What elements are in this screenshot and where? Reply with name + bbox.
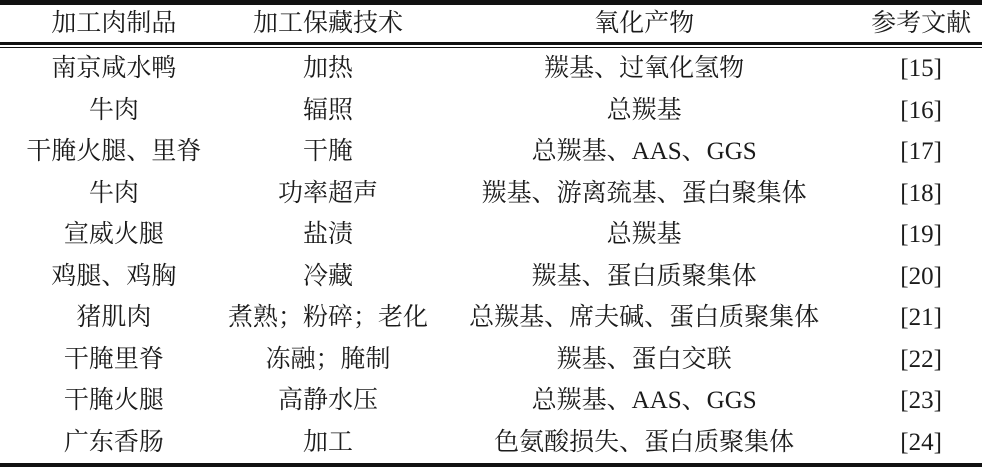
cell-oxidation-product: 总羰基、席夫碱、蛋白质聚集体 [428, 304, 860, 332]
cell-meat-product: 干腌火腿 [0, 387, 228, 415]
processed-meat-oxidation-table: 加工肉制品 加工保藏技术 氧化产物 参考文献 南京咸水鸭 加热 羰基、过氧化氢物… [0, 0, 982, 470]
cell-oxidation-product: 色氨酸损失、蛋白质聚集体 [428, 429, 860, 457]
cell-meat-product: 干腌里脊 [0, 346, 228, 374]
column-header-reference: 参考文献 [860, 10, 982, 38]
cell-technique: 冻融；腌制 [228, 346, 428, 374]
cell-oxidation-product: 总羰基 [428, 221, 860, 249]
cell-technique: 冷藏 [228, 263, 428, 291]
table-header-row: 加工肉制品 加工保藏技术 氧化产物 参考文献 [0, 5, 982, 42]
cell-reference: [21] [860, 304, 982, 332]
cell-meat-product: 猪肌肉 [0, 304, 228, 332]
table-row: 牛肉 辐照 总羰基 [16] [0, 90, 982, 132]
cell-oxidation-product: 羰基、过氧化氢物 [428, 55, 860, 83]
cell-technique: 辐照 [228, 97, 428, 125]
table-row: 牛肉 功率超声 羰基、游离巯基、蛋白聚集体 [18] [0, 173, 982, 215]
cell-technique: 加工 [228, 429, 428, 457]
table-row: 鸡腿、鸡胸 冷藏 羰基、蛋白质聚集体 [20] [0, 256, 982, 298]
cell-technique: 干腌 [228, 138, 428, 166]
table-row: 南京咸水鸭 加热 羰基、过氧化氢物 [15] [0, 48, 982, 90]
table-bottom-rule [0, 463, 982, 467]
table-row: 广东香肠 加工 色氨酸损失、蛋白质聚集体 [24] [0, 422, 982, 464]
table-row: 干腌火腿 高静水压 总羰基、AAS、GGS [23] [0, 380, 982, 422]
cell-meat-product: 宣威火腿 [0, 221, 228, 249]
cell-reference: [17] [860, 138, 982, 166]
cell-reference: [22] [860, 346, 982, 374]
table-row: 干腌火腿、里脊 干腌 总羰基、AAS、GGS [17] [0, 131, 982, 173]
cell-reference: [23] [860, 387, 982, 415]
cell-technique: 高静水压 [228, 387, 428, 415]
table-row: 宣威火腿 盐渍 总羰基 [19] [0, 214, 982, 256]
cell-meat-product: 干腌火腿、里脊 [0, 138, 228, 166]
cell-reference: [20] [860, 263, 982, 291]
cell-reference: [19] [860, 221, 982, 249]
cell-technique: 功率超声 [228, 180, 428, 208]
cell-reference: [18] [860, 180, 982, 208]
column-header-oxidation-product: 氧化产物 [428, 10, 860, 38]
cell-meat-product: 广东香肠 [0, 429, 228, 457]
cell-technique: 盐渍 [228, 221, 428, 249]
cell-oxidation-product: 羰基、游离巯基、蛋白聚集体 [428, 180, 860, 208]
cell-meat-product: 鸡腿、鸡胸 [0, 263, 228, 291]
cell-reference: [15] [860, 55, 982, 83]
cell-oxidation-product: 总羰基、AAS、GGS [428, 387, 860, 415]
cell-meat-product: 牛肉 [0, 180, 228, 208]
cell-oxidation-product: 羰基、蛋白质聚集体 [428, 263, 860, 291]
column-header-meat-product: 加工肉制品 [0, 10, 228, 38]
column-header-preservation-technique: 加工保藏技术 [228, 10, 428, 38]
cell-meat-product: 牛肉 [0, 97, 228, 125]
table-row: 干腌里脊 冻融；腌制 羰基、蛋白交联 [22] [0, 339, 982, 381]
cell-meat-product: 南京咸水鸭 [0, 55, 228, 83]
cell-reference: [16] [860, 97, 982, 125]
cell-reference: [24] [860, 429, 982, 457]
table-body: 南京咸水鸭 加热 羰基、过氧化氢物 [15] 牛肉 辐照 总羰基 [16] 干腌… [0, 48, 982, 463]
cell-technique: 加热 [228, 55, 428, 83]
cell-oxidation-product: 羰基、蛋白交联 [428, 346, 860, 374]
cell-technique: 煮熟；粉碎；老化 [228, 304, 428, 332]
cell-oxidation-product: 总羰基、AAS、GGS [428, 138, 860, 166]
cell-oxidation-product: 总羰基 [428, 97, 860, 125]
table-row: 猪肌肉 煮熟；粉碎；老化 总羰基、席夫碱、蛋白质聚集体 [21] [0, 297, 982, 339]
